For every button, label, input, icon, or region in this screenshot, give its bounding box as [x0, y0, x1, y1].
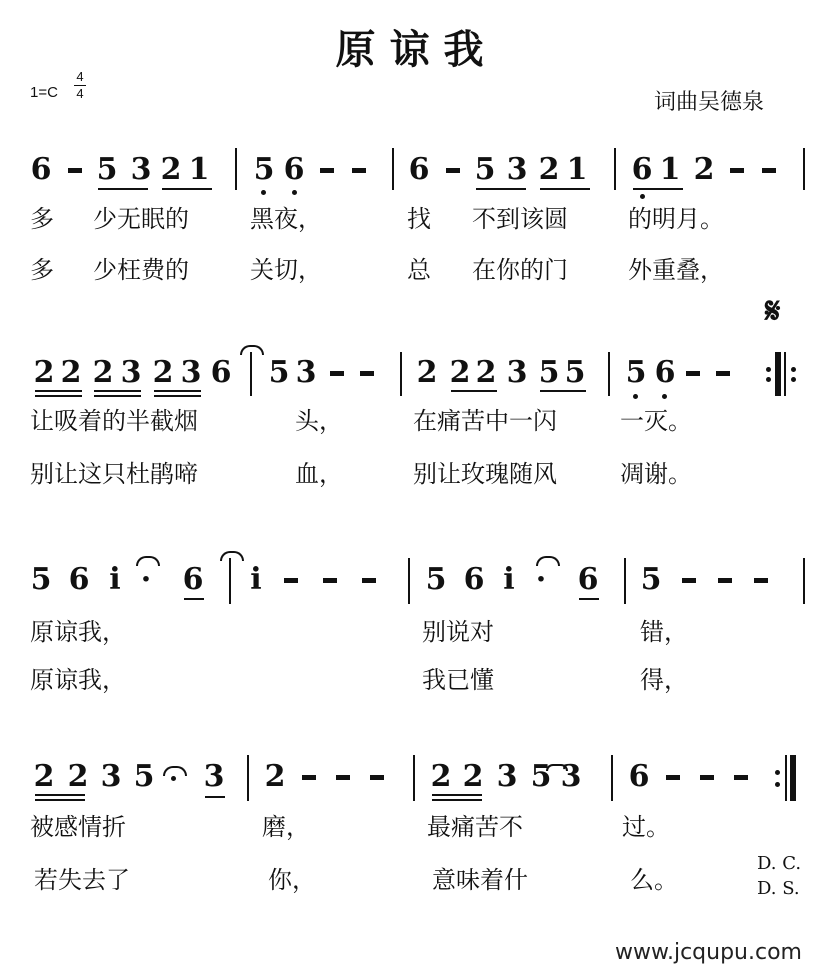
da-capo-mark: D. C. [757, 853, 801, 875]
lyric: 多 [30, 256, 54, 284]
note: 5 [625, 358, 647, 388]
note: 6 [30, 155, 52, 185]
note: 2 [33, 358, 55, 388]
repeat-dot [766, 377, 771, 382]
lyric: 若失去了 [34, 866, 130, 894]
lyric: 的明月。 [628, 205, 724, 233]
dash [446, 168, 460, 173]
lyric: 找 [407, 205, 431, 233]
lyric: 总 [407, 256, 431, 284]
lyric: 别让玫瑰随风 [413, 460, 557, 488]
note: 5 [564, 358, 586, 388]
dash [362, 578, 376, 583]
barline [614, 148, 616, 190]
dash [68, 168, 82, 173]
double-underline [35, 395, 82, 397]
lyric: 得， [640, 666, 688, 694]
note: 5 [253, 155, 275, 185]
note: 1 [188, 155, 210, 185]
double-underline [432, 799, 482, 801]
fermata-dot [171, 776, 176, 781]
underline [98, 188, 148, 190]
credits: 词曲吴德泉 [654, 85, 764, 116]
underline [540, 188, 590, 190]
repeat-dot [791, 367, 796, 372]
lyric: 原谅我， [30, 618, 126, 646]
lyric: 意味着什 [432, 866, 528, 894]
underline [633, 188, 683, 190]
watermark: www.jcqupu.com [615, 940, 802, 965]
note: 2 [538, 155, 560, 185]
lyric: 么。 [630, 866, 678, 894]
lyric: 血， [295, 460, 343, 488]
note: 2 [67, 762, 89, 792]
barline [408, 558, 410, 604]
note: 5 [96, 155, 118, 185]
underline [35, 390, 82, 392]
note: 2 [449, 358, 471, 388]
dash [682, 578, 696, 583]
note: 3 [506, 155, 528, 185]
barline [611, 755, 613, 801]
lyric: 磨， [262, 813, 310, 841]
lyric: 错， [640, 618, 688, 646]
dash [330, 371, 344, 376]
note: 3 [506, 358, 528, 388]
low-octave-dot [261, 190, 266, 195]
lyric: 关切， [250, 256, 322, 284]
lyric: 让吸着的半截烟 [30, 407, 198, 435]
underline [476, 188, 526, 190]
time-signature-bottom: 4 [74, 87, 86, 101]
double-underline [35, 799, 85, 801]
lyric: 凋谢。 [620, 460, 692, 488]
note: 1 [566, 155, 588, 185]
note-high: i [245, 565, 267, 595]
note: 2 [92, 358, 114, 388]
lyric: 少枉费的 [93, 256, 189, 284]
underline [432, 794, 482, 796]
dash [352, 168, 366, 173]
dot-augmentation: · [530, 565, 552, 595]
dash [323, 578, 337, 583]
note: 5 [640, 565, 662, 595]
note: 2 [160, 155, 182, 185]
note: 2 [60, 358, 82, 388]
lyric: 别让这只杜鹃啼 [30, 460, 198, 488]
note: 5 [538, 358, 560, 388]
dal-segno-mark: D. S. [757, 878, 800, 900]
lyric: 少无眠的 [93, 205, 189, 233]
thick-barline [790, 755, 796, 801]
repeat-dot [766, 367, 771, 372]
note: 6 [210, 358, 232, 388]
barline [624, 558, 626, 604]
repeat-dot [791, 377, 796, 382]
note: 3 [130, 155, 152, 185]
note: 2 [462, 762, 484, 792]
song-title: 原谅我 [0, 18, 833, 75]
barline [235, 148, 237, 190]
underline [162, 188, 212, 190]
lyric: 你， [268, 866, 316, 894]
note: 6 [628, 762, 650, 792]
barline [250, 352, 252, 396]
low-octave-dot [662, 394, 667, 399]
underline [94, 390, 141, 392]
barline [229, 558, 231, 604]
note: 2 [152, 358, 174, 388]
underline [35, 794, 85, 796]
breath-mark-arc [240, 345, 264, 355]
dash [284, 578, 298, 583]
lyric: 外重叠， [628, 256, 724, 284]
underline [540, 390, 586, 392]
dot-augmentation: · [135, 565, 157, 595]
double-underline [154, 395, 201, 397]
dash [734, 775, 748, 780]
lyric: 过。 [622, 813, 670, 841]
note: 6 [654, 358, 676, 388]
note: 2 [33, 762, 55, 792]
repeat-dot [775, 770, 780, 775]
lyric: 头， [295, 407, 343, 435]
lyric: 被感情折 [30, 813, 126, 841]
lyric: 我已懂 [422, 666, 494, 694]
segno-icon: 𝄋 [765, 290, 780, 333]
dash [336, 775, 350, 780]
underline [205, 796, 225, 798]
lyric: 最痛苦不 [427, 813, 523, 841]
note: 2 [416, 358, 438, 388]
time-signature: 4 4 [74, 70, 86, 101]
note: 5 [474, 155, 496, 185]
note: 2 [264, 762, 286, 792]
note: 5 [133, 762, 155, 792]
note: 3 [295, 358, 317, 388]
lyric: 多 [30, 205, 54, 233]
low-octave-dot [292, 190, 297, 195]
dash [754, 578, 768, 583]
note: 6 [68, 565, 90, 595]
dash [700, 775, 714, 780]
note: 3 [496, 762, 518, 792]
note: 6 [577, 565, 599, 595]
note: 6 [631, 155, 653, 185]
dash [302, 775, 316, 780]
barline [413, 755, 415, 801]
low-octave-dot [640, 194, 645, 199]
repeat-dot [775, 782, 780, 787]
note: 6 [408, 155, 430, 185]
underline [154, 390, 201, 392]
note: 3 [203, 762, 225, 792]
note: 3 [100, 762, 122, 792]
barline [803, 148, 805, 190]
barline [608, 352, 610, 396]
dash [360, 371, 374, 376]
note: 5 [268, 358, 290, 388]
dash [666, 775, 680, 780]
barline [803, 558, 805, 604]
note: 6 [463, 565, 485, 595]
thick-barline [775, 352, 781, 396]
note: 5 [425, 565, 447, 595]
lyric: 黑夜， [250, 205, 322, 233]
double-underline [94, 395, 141, 397]
key-signature: 1=C [30, 84, 58, 101]
dash [686, 371, 700, 376]
dash [320, 168, 334, 173]
dash [718, 578, 732, 583]
note: 2 [693, 155, 715, 185]
note: 2 [430, 762, 452, 792]
lyric: 原谅我， [30, 666, 126, 694]
underline [451, 390, 497, 392]
underline [579, 598, 599, 600]
thin-barline [785, 755, 787, 801]
barline [400, 352, 402, 396]
lyric: 不到该圆 [472, 205, 568, 233]
note: 3 [560, 762, 582, 792]
time-signature-top: 4 [74, 70, 86, 84]
note-high: i [104, 565, 126, 595]
lyric: 在痛苦中一闪 [413, 407, 557, 435]
underline [184, 598, 204, 600]
thin-barline [784, 352, 786, 396]
dash [730, 168, 744, 173]
breath-mark-arc [220, 551, 244, 561]
lyric: 在你的门 [472, 256, 568, 284]
dash [762, 168, 776, 173]
lyric: 别说对 [422, 618, 494, 646]
note: 2 [475, 358, 497, 388]
note: 5 [30, 565, 52, 595]
note: 6 [283, 155, 305, 185]
note: 3 [180, 358, 202, 388]
dash [370, 775, 384, 780]
note: 6 [182, 565, 204, 595]
barline [392, 148, 394, 190]
note: 3 [120, 358, 142, 388]
dash [716, 371, 730, 376]
barline [247, 755, 249, 801]
note-high: i [498, 565, 520, 595]
low-octave-dot [633, 394, 638, 399]
fermata-arc [163, 766, 187, 776]
note: 1 [659, 155, 681, 185]
lyric: 一灭。 [620, 407, 692, 435]
